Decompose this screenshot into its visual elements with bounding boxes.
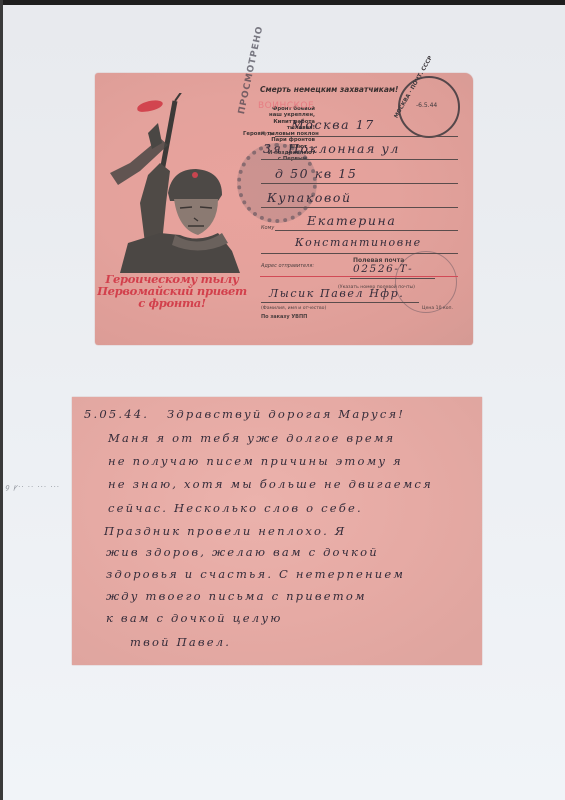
card-motto: Смерть немецким захватчикам! [260, 85, 398, 94]
recipient-first-name: Екатерина [307, 213, 396, 228]
letter-line: жив здоров, желаю вам с дочкой [106, 545, 379, 559]
card-type: ВОИНСКОЕ [258, 101, 314, 111]
recipient-building: д 50 кв 15 [275, 166, 357, 181]
letter-back: 5.05.44. Здравствуй дорогая Маруся! Маня… [72, 397, 482, 665]
label-where: Куда [261, 131, 274, 137]
field-post-line [350, 278, 435, 279]
letter-line: Праздник провели неплохо. Я [104, 524, 346, 538]
recipient-patronymic: Константиновне [295, 236, 422, 249]
address-line [275, 136, 458, 137]
margin-pencil-note: ꝯ ꝩ·· ·· ··· ··· [5, 483, 75, 492]
letter-line: к вам с дочкой целую [106, 611, 283, 625]
letter-line: не получаю писем причины этому я [108, 454, 403, 468]
red-divider [260, 276, 458, 277]
letter-line: сейчас. Несколько слов о себе. [108, 501, 363, 515]
recipient-street: 3я Поклонная ул [263, 141, 400, 156]
postmark-stamp: МОСКВА · ПОЧТ. СССР -6.5.44 [398, 76, 460, 138]
sender-name: Лысик Павел Нфр. [269, 287, 404, 300]
address-line [261, 159, 458, 160]
price-label: Цена 10 коп. [422, 306, 453, 311]
recipient-city: Москва 17 [291, 117, 375, 132]
label-sender-address: Адрес отправителя: [261, 263, 314, 269]
address-line [261, 207, 458, 208]
letter-greeting: Здравствуй дорогая Маруся! [167, 407, 405, 421]
letter-line: здоровья и счастья. С нетерпением [106, 567, 405, 581]
recipient-surname: Купаковой [267, 190, 352, 205]
field-post-number: 02526-Т- [353, 263, 413, 275]
address-line [275, 230, 458, 231]
address-line [261, 183, 458, 184]
letter-line: Маня я от тебя уже долгое время [108, 431, 395, 445]
print-order: По заказу УВПП [261, 314, 307, 320]
postcard-front: Фронт боевой наш укреплен, Кипит работа … [95, 73, 473, 345]
poster-slogan: Героическому тылу Первомайский привет с … [97, 273, 247, 309]
label-whom: Кому [261, 225, 274, 231]
letter-signature: твой Павел. [130, 635, 231, 649]
name-hint: (Фамилия, имя и отчество) [261, 306, 326, 311]
postmark-date: -6.5.44 [416, 102, 437, 109]
letter-line: не знаю, хотя мы больше не двигаемся [108, 477, 433, 491]
address-line [261, 253, 458, 254]
letter-date: 5.05.44. [84, 407, 149, 421]
letter-line: жду твоего письма с приветом [106, 589, 367, 603]
sender-name-line [261, 302, 419, 303]
soldier-illustration [100, 93, 240, 273]
